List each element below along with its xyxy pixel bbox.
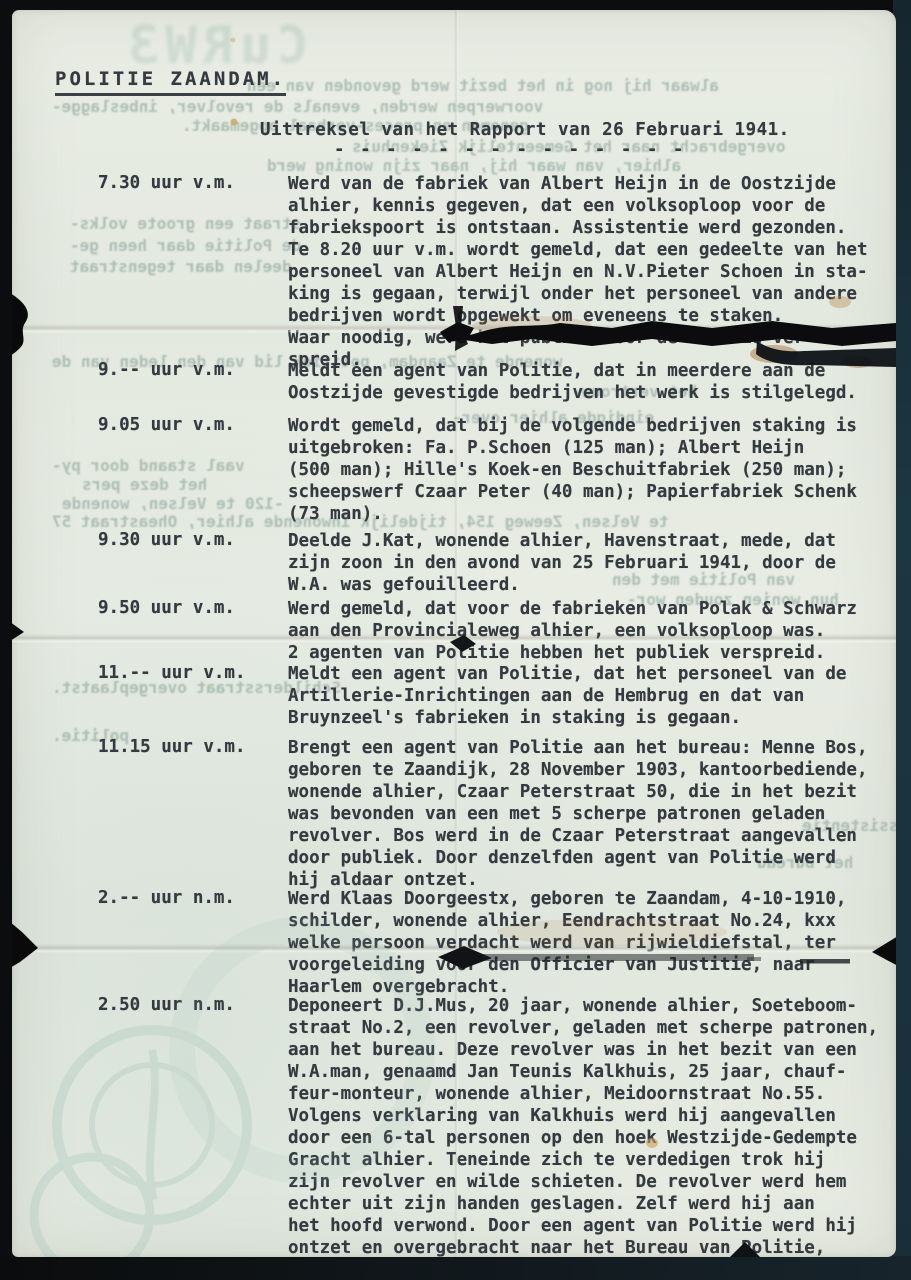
entry-text: Werd van de fabriek van Albert Heijn in …: [288, 173, 884, 371]
entry-time: 9.50 uur v.m.: [98, 598, 283, 618]
bleedthrough-text: deelen daar tegenstraat: [70, 257, 292, 276]
entry-time: 9.-- uur v.m.: [98, 360, 283, 380]
entry-text: Meldt een agent van Politie, dat het per…: [288, 663, 884, 729]
entry-time: 9.05 uur v.m.: [98, 415, 283, 435]
agency-heading: POLITIE ZAANDAM.: [55, 68, 286, 96]
bleedthrough-text: alwaar hij nog in het bezit werd gevonde…: [247, 76, 719, 95]
entry-time: 2.50 uur n.m.: [98, 995, 283, 1015]
entry-time: 11.15 uur v.m.: [98, 737, 283, 757]
backdrop-bottom-band: [0, 1256, 911, 1280]
title-underline-dashes: - - - - - - - - - - - - - -: [334, 140, 686, 160]
entry-text: Brengt een agent van Politie aan het bur…: [288, 737, 884, 891]
entry-time: 2.-- uur n.m.: [98, 888, 283, 908]
bleedthrough-text: vaal staand door py-: [52, 456, 245, 475]
report-page: CuRW3 alwaar hij nog in het bezit werd g…: [12, 10, 896, 1257]
bleedthrough-text: straat een groote volks-: [70, 214, 301, 233]
vertical-fold-crease: [454, 10, 459, 1257]
entry-text: Wordt gemeld, dat bij de volgende bedrij…: [288, 415, 884, 525]
entry-time: 9.30 uur v.m.: [98, 530, 283, 550]
entry-text: Meldt een agent van Politie, dat in meer…: [288, 360, 884, 404]
bleedthrough-text: de Politie daar heen ge-: [70, 236, 301, 255]
bleedthrough-text: CuRW3: [122, 16, 309, 76]
entry-text: Deelde J.Kat, wonende alhier, Havenstraa…: [288, 530, 884, 596]
entry-time: 7.30 uur v.m.: [98, 173, 283, 193]
bleedthrough-text: -120 te Velsen, wonende: [62, 494, 284, 513]
scanned-document-photo: { "doc": { "agency": "POLITIE ZAANDAM.",…: [0, 0, 911, 1280]
bleedthrough-text: het deze pers: [82, 475, 207, 494]
report-title: Uittreksel van het Rapport van 26 Februa…: [260, 120, 790, 140]
entry-text: Werd Klaas Doorgeestx, geboren te Zaanda…: [288, 888, 884, 998]
entry-time: 11.-- uur v.m.: [98, 663, 283, 683]
bleedthrough-text: voorwerpen werden, evenals de revolver, …: [52, 97, 543, 116]
entry-text: Werd gemeld, dat voor de fabrieken van P…: [288, 598, 884, 664]
entry-text: Deponeert D.J.Mus, 20 jaar, wonende alhi…: [288, 995, 884, 1257]
